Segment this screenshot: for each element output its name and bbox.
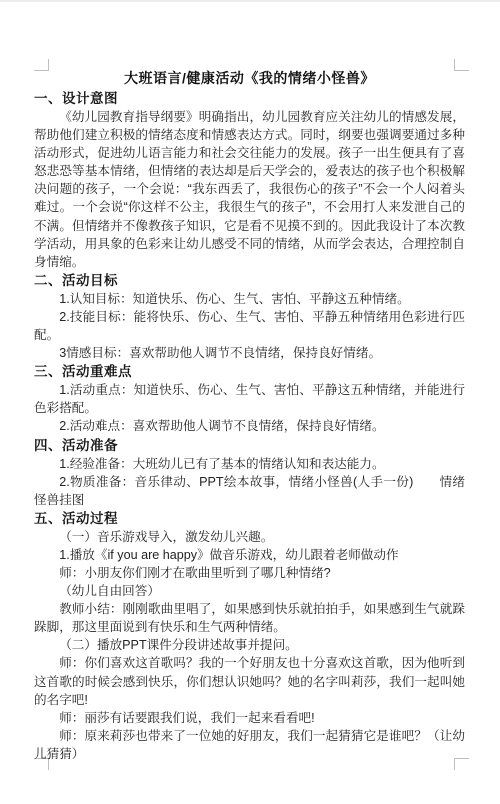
document-title: 大班语言/健康活动《我的情绪小怪兽》 (34, 68, 465, 89)
document-page: { "doc": { "title": "大班语言/健康活动《我的情绪小怪兽》"… (0, 0, 500, 804)
paragraph: 1.经验准备：大班幼儿已有了基本的情绪认知和表达能力。 (34, 455, 465, 473)
paragraph: 1.活动重点：知道快乐、伤心、生气、害怕、平静这五种情绪，并能进行色彩搭配。 (34, 381, 465, 417)
paragraph: 1.播放《if you are happy》做音乐游戏，幼儿跟着老师做动作 (34, 546, 465, 564)
section-heading-preparation: 四、活动准备 (34, 436, 465, 455)
paragraph: 3情感目标：喜欢帮助他人调节不良情绪，保持良好情绪。 (34, 344, 465, 362)
paragraph: （一）音乐游戏导入，激发幼儿兴趣。 (34, 528, 465, 546)
paragraph: 2.技能目标：能将快乐、伤心、生气、害怕、平静五种情绪用色彩进行匹配。 (34, 308, 465, 344)
section-heading-activity-goals: 二、活动目标 (34, 271, 465, 290)
paragraph: 《幼儿园教育指导纲要》明确指出，幼儿园教育应关注幼儿的情感发展，帮助他们建立积极… (34, 108, 465, 271)
paragraph: 师：小朋友你们刚才在歌曲里听到了哪几种情绪? (34, 564, 465, 582)
paragraph: （二）播放PPT课件分段讲述故事并提问。 (34, 636, 465, 654)
paragraph: 1.认知目标：知道快乐、伤心、生气、害怕、平静这五种情绪。 (34, 290, 465, 308)
top-divider (0, 0, 500, 2)
paragraph: 2.物质准备：音乐律动、PPT绘本故事，情绪小怪兽(人手一份) 情绪怪兽挂图 (34, 473, 465, 509)
section-heading-design-intent: 一、设计意图 (34, 89, 465, 108)
document-body: 大班语言/健康活动《我的情绪小怪兽》 一、设计意图 《幼儿园教育指导纲要》明确指… (34, 68, 465, 763)
section-heading-activity-process: 五、活动过程 (34, 509, 465, 528)
paragraph: 师：原来莉莎也带来了一位她的好朋友，我们一起猜猜它是谁吧？（让幼儿猜猜） (34, 727, 465, 763)
paragraph: 教师小结：刚刚歌曲里唱了，如果感到快乐就拍拍手，如果感到生气就跺跺脚，那这里面说… (34, 600, 465, 636)
paragraph: 2.活动难点：喜欢帮助他人调节不良情绪，保持良好情绪。 (34, 417, 465, 435)
paragraph: 师：你们喜欢这首歌吗？我的一个好朋友也十分喜欢这首歌，因为他听到这首歌的时候会感… (34, 654, 465, 708)
paragraph: 师：丽莎有话要跟我们说，我们一起来看看吧! (34, 709, 465, 727)
paragraph: （幼儿自由回答） (34, 582, 465, 600)
section-heading-key-difficulties: 三、活动重难点 (34, 362, 465, 381)
